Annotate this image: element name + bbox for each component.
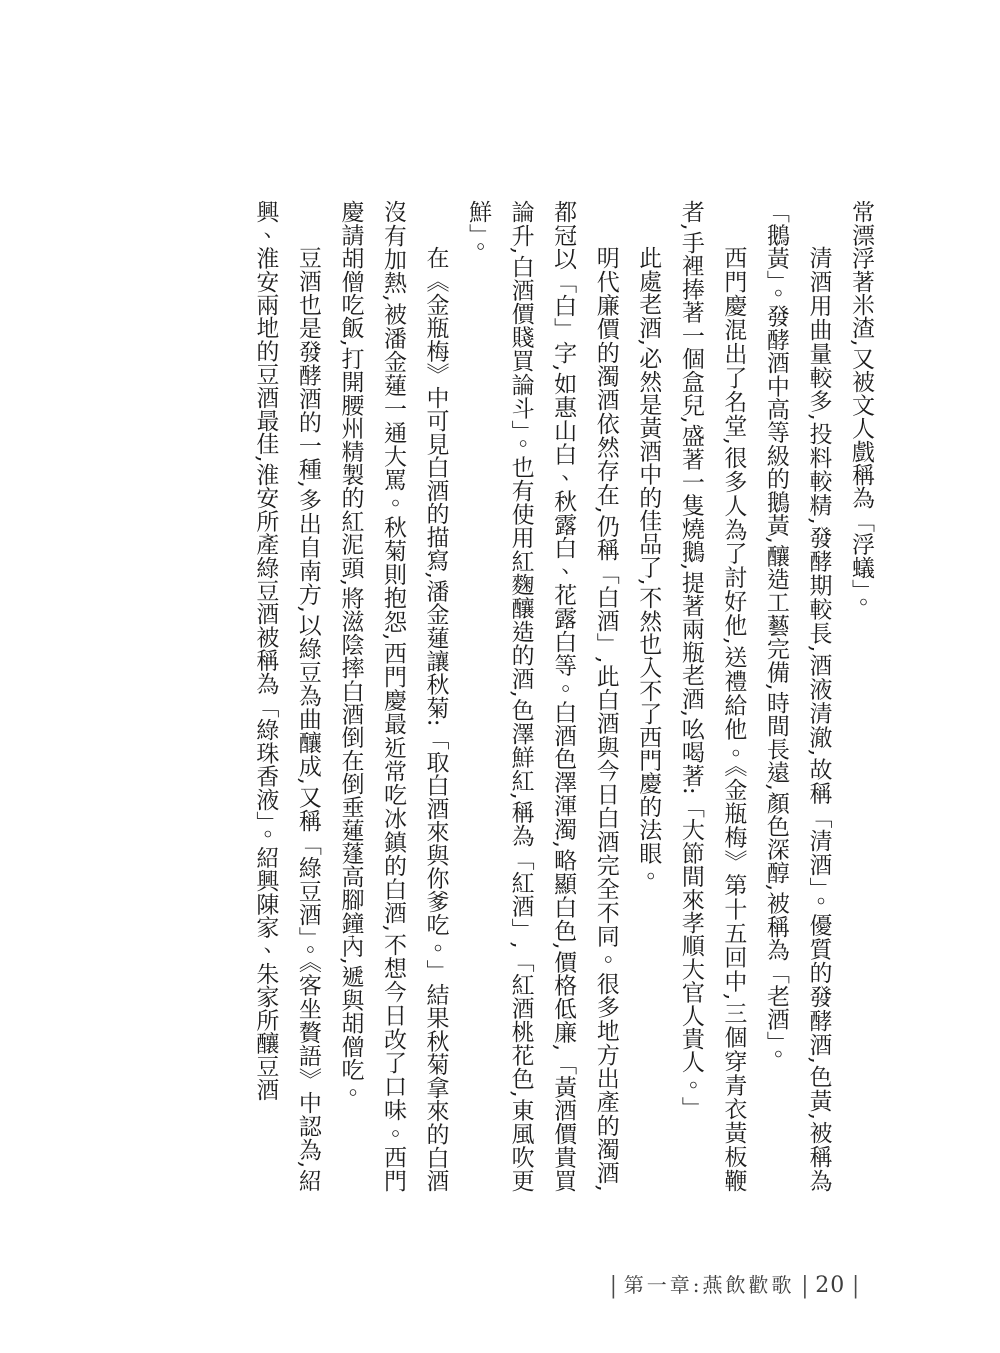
- paragraph: 明代廉價的濁酒依然存在,仍稱「白酒」,此白酒與今日白酒完全不同。很多地方出產的濁…: [457, 200, 627, 1192]
- paragraph: 在《金瓶梅》中可見白酒的描寫,潘金蓮讓秋菊:「取白酒來與你爹吃。」結果秋菊拿來的…: [329, 200, 457, 1192]
- paragraph: 常漂浮著米渣,又被文人戲稱為「浮蟻」。: [839, 200, 882, 1192]
- article-text: 常漂浮著米渣,又被文人戲稱為「浮蟻」。 清酒用曲量較多,投料較精,發酵期較長,酒…: [244, 200, 882, 1192]
- chapter-title: 第一章:燕飲歡歌: [624, 1273, 795, 1297]
- footer-separator: |: [802, 1271, 809, 1299]
- page-footer: |第一章:燕飲歡歌|20|: [603, 1269, 866, 1298]
- paragraph: 西門慶混出了名堂,很多人為了討好他,送禮給他。《金瓶梅》第十五回中,三個穿青衣黃…: [669, 200, 754, 1192]
- paragraph: 此處老酒,必然是黃酒中的佳品了,不然也入不了西門慶的法眼。: [627, 200, 670, 1192]
- footer-separator: |: [610, 1271, 617, 1299]
- paragraph: 清酒用曲量較多,投料較精,發酵期較長,酒液清澈,故稱「清酒」。優質的發酵酒,色黃…: [754, 200, 839, 1192]
- footer-separator: |: [852, 1271, 859, 1299]
- page-number: 20: [815, 1273, 845, 1298]
- book-page: 常漂浮著米渣,又被文人戲稱為「浮蟻」。 清酒用曲量較多,投料較精,發酵期較長,酒…: [0, 0, 1000, 1353]
- paragraph: 豆酒也是發酵酒的一種,多出自南方,以綠豆為曲釀成,又稱「綠豆酒」。《客坐贅語》中…: [244, 200, 329, 1192]
